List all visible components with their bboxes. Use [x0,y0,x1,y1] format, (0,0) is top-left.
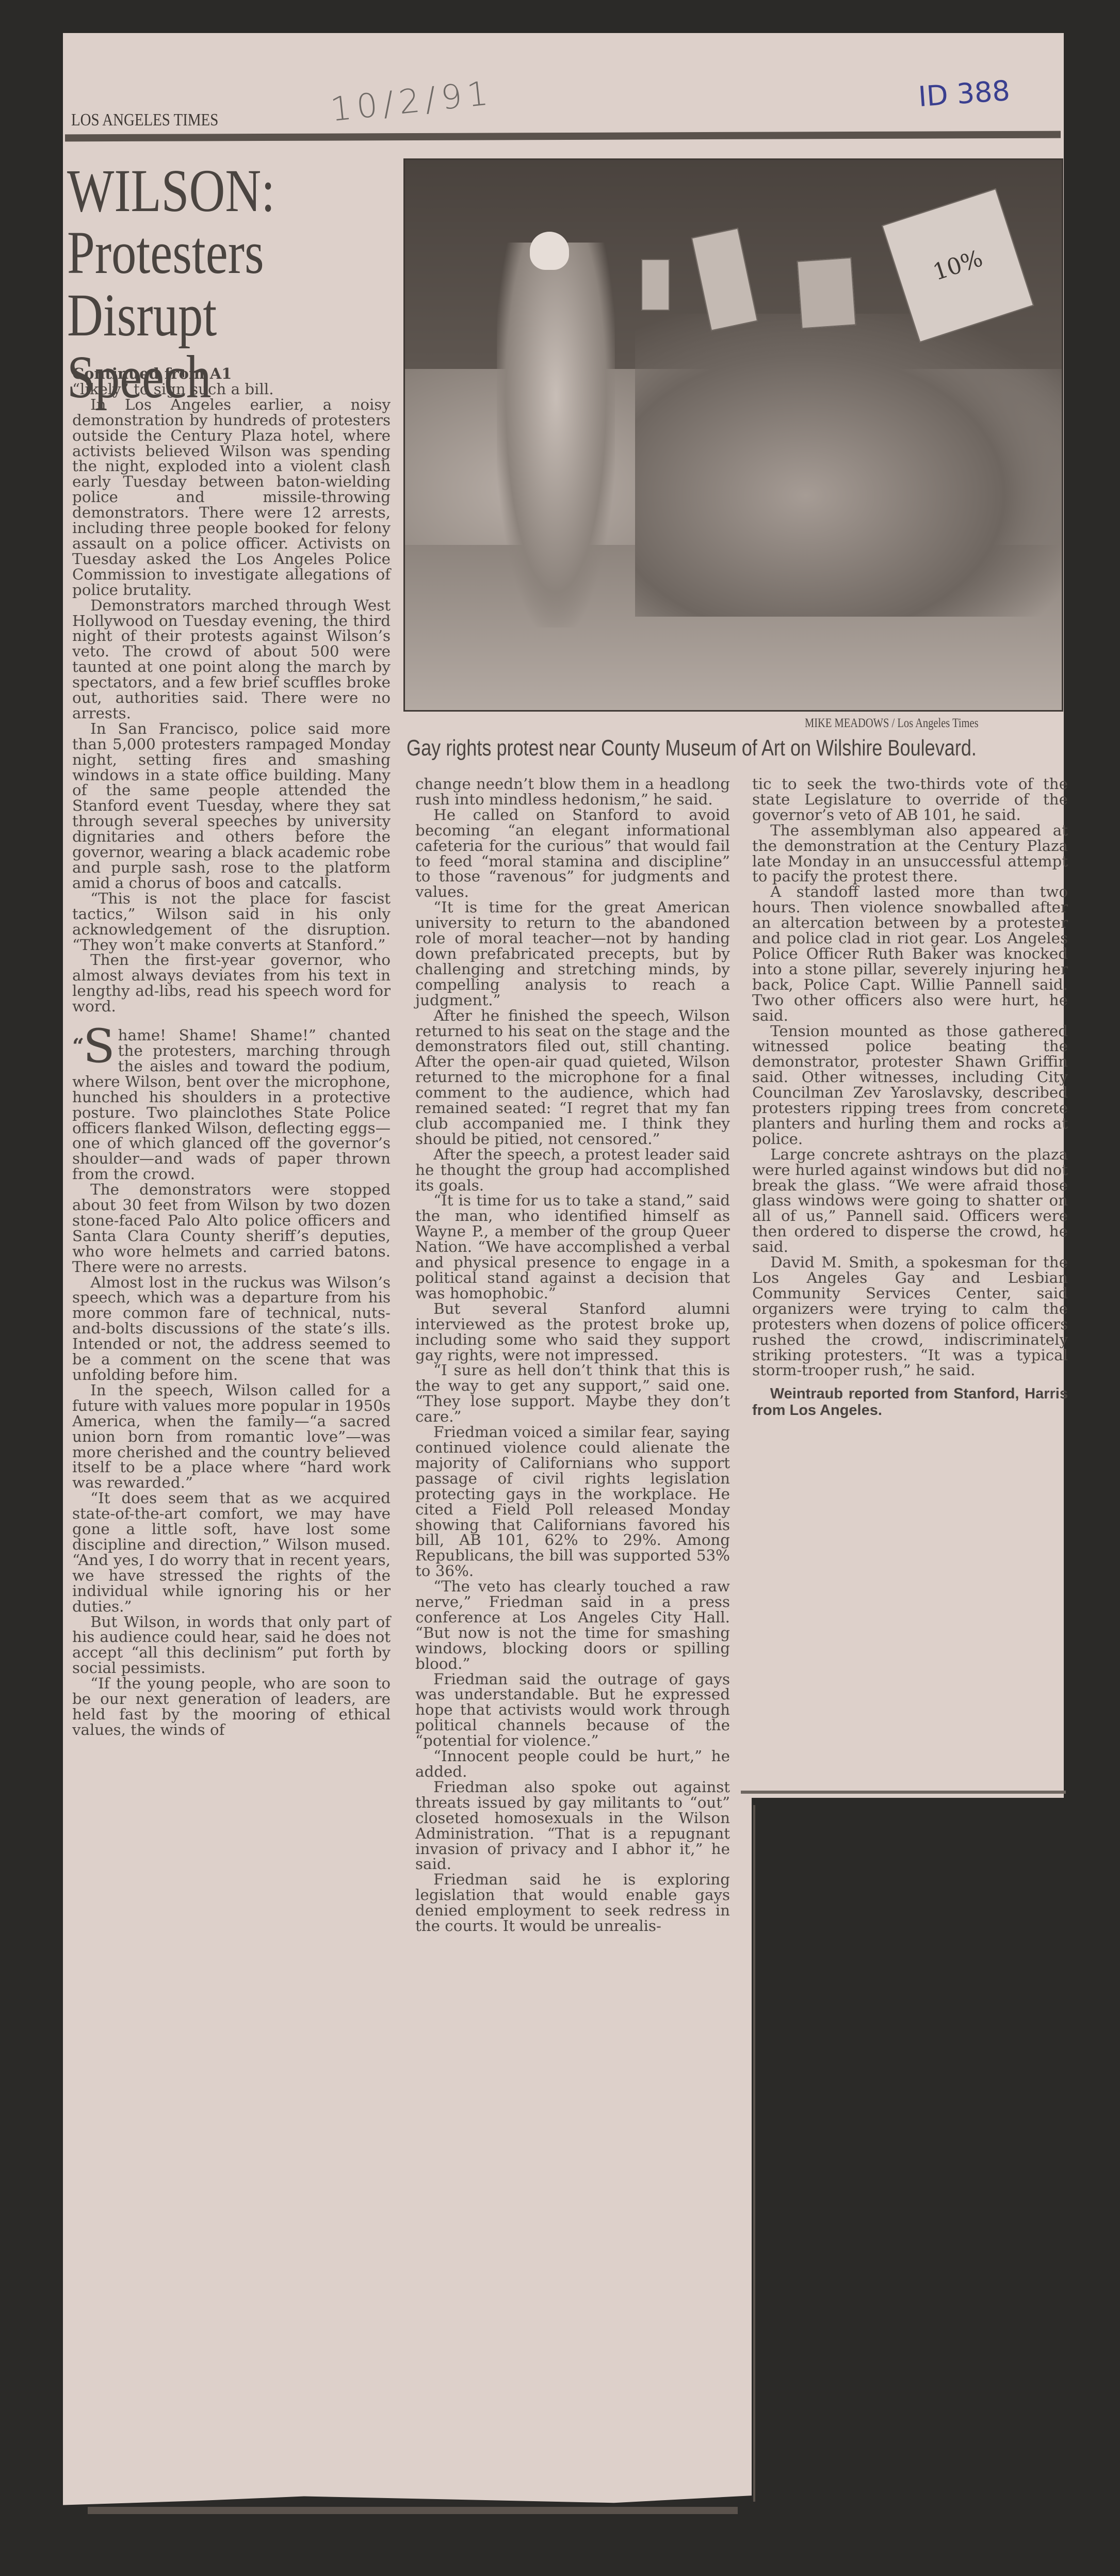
paragraph: “The veto has clearly touched a raw nerv… [415,1579,730,1671]
article-column-middle: change needn’t blow them in a headlong r… [415,777,730,1934]
paragraph: Then the first-year governor, who almost… [72,953,391,1015]
paragraph: “It is time for the great American unive… [415,900,730,1008]
paragraph: “If the young people, who are soon to be… [72,1676,391,1738]
bottom-rule [88,2507,738,2514]
paragraph: Demonstrators marched through West Holly… [72,598,391,721]
article-column-left: Continued from A1 “likely” to sign such … [72,366,391,1738]
photo-crowd [635,314,1062,616]
photo-credit: MIKE MEADOWS / Los Angeles Times [805,716,979,731]
headline-line-2: Protesters [67,222,338,284]
dropcap-quote-mark: “ [72,1034,83,1058]
paragraph: Friedman said he is exploring legislatio… [415,1872,730,1934]
publication-name: LOS ANGELES TIMES [71,110,218,130]
paragraph: “It is time for us to take a stand,” sai… [415,1193,730,1301]
handwritten-id: ID 388 [917,74,1011,113]
paragraph: The assemblyman also appeared at the dem… [752,823,1068,885]
paragraph: After the speech, a protest leader said … [415,1147,730,1194]
photo-helmet [530,232,569,270]
column-divider-rule [753,1805,755,2502]
paragraph: In San Francisco, police said more than … [72,721,391,891]
reporter-credit: Weintraub reported from Stanford, Harris… [752,1386,1068,1419]
photo-sign [641,259,670,311]
paragraph: After he finished the speech, Wilson ret… [415,1008,730,1147]
paragraph: tic to seek the two-thirds vote of the s… [752,777,1068,823]
paragraph: “Innocent people could be hurt,” he adde… [415,1749,730,1780]
paragraph: Tension mounted as those gathered witnes… [752,1024,1068,1147]
continued-from-label: Continued from A1 [72,366,391,382]
paragraph: Friedman voiced a similar fear, saying c… [415,1425,730,1579]
paragraph: He called on Stanford to avoid becoming … [415,808,730,900]
paragraph: Friedman said the outrage of gays was un… [415,1672,730,1749]
paragraph: In Los Angeles earlier, a noisy demonstr… [72,397,391,598]
paragraph: change needn’t blow them in a headlong r… [415,777,730,808]
paragraph: The demonstrators were stopped about 30 … [72,1182,391,1275]
paragraph: “This is not the place for fascist tacti… [72,891,391,953]
dropcap-text: hame! Shame! Shame!” chanted the protest… [72,1026,391,1183]
paragraph: Almost lost in the ruckus was Wilson’s s… [72,1275,391,1383]
article-column-right: tic to seek the two-thirds vote of the s… [752,777,1068,1419]
photo-mounted-officer [497,243,615,627]
paragraph: “I sure as hell don’t think that this is… [415,1363,730,1425]
dropcap-letter: S [83,1019,115,1073]
protest-photo: 10% [403,158,1063,712]
photo-sign [797,257,856,329]
paragraph: “likely” to sign such a bill. [72,382,391,397]
paragraph: But several Stanford alumni interviewed … [415,1301,730,1363]
dropcap: “S [72,1030,115,1063]
column-end-rule [741,1791,1066,1794]
photo-caption: Gay rights protest near County Museum of… [407,735,977,761]
headline-line-1: WILSON: [67,160,338,222]
paragraph: But Wilson, in words that only part of h… [72,1615,391,1677]
paragraph: A standoff lasted more than two hours. T… [752,884,1068,1023]
paragraph: “It does seem that as we acquired state-… [72,1491,391,1614]
paragraph: In the speech, Wilson called for a futur… [72,1383,391,1491]
paragraph: David M. Smith, a spokesman for the Los … [752,1255,1068,1378]
dropcap-paragraph: “Shame! Shame! Shame!” chanted the prote… [72,1028,391,1182]
paragraph: Large concrete ashtrays on the plaza wer… [752,1147,1068,1255]
paragraph: Friedman also spoke out against threats … [415,1780,730,1872]
